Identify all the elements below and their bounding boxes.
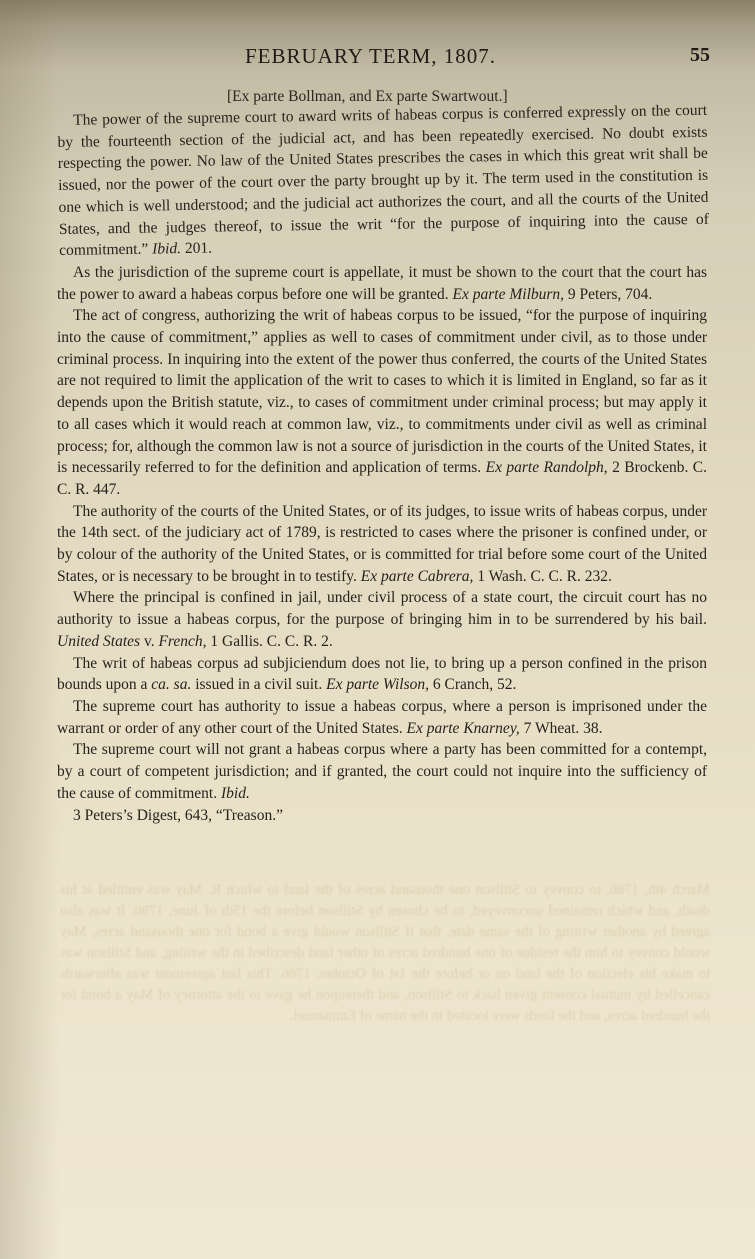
paragraph: As the jurisdiction of the supreme court… xyxy=(57,262,707,305)
page-edge-shadow xyxy=(0,0,60,1259)
citation: United States xyxy=(57,633,140,650)
citation: Ibid. xyxy=(152,240,181,257)
citation: French, xyxy=(158,633,206,650)
citation: Ex parte Randolph, xyxy=(486,459,608,476)
paragraph: The supreme court will not grant a habea… xyxy=(57,739,707,804)
paragraph: Where the principal is confined in jail,… xyxy=(57,587,707,652)
paragraph: The power of the supreme court to award … xyxy=(57,100,709,262)
digest-reference: 3 Peters’s Digest, 643, “Treason.” xyxy=(57,805,707,827)
citation: ca. sa. xyxy=(151,676,191,693)
citation: Ex parte Wilson, xyxy=(326,676,429,693)
citation: Ibid. xyxy=(221,785,250,802)
citation: Ex parte Milburn, xyxy=(453,286,565,303)
paragraph: The writ of habeas corpus ad subjiciendu… xyxy=(57,653,707,696)
bleed-through-text: March 4th, 1786, to convey to Stillson o… xyxy=(60,880,710,1180)
page-number: 55 xyxy=(690,44,710,67)
body-text: The power of the supreme court to award … xyxy=(57,110,707,826)
paragraph: The supreme court has authority to issue… xyxy=(57,696,707,739)
page-header: FEBRUARY TERM, 1807. 55 xyxy=(60,44,710,74)
citation: Ex parte Cabrera, xyxy=(361,568,474,585)
paragraph: The act of congress, authorizing the wri… xyxy=(57,305,707,500)
citation: Ex parte Knarney, xyxy=(407,720,520,737)
running-title: FEBRUARY TERM, 1807. xyxy=(245,44,496,69)
paragraph: The authority of the courts of the Unite… xyxy=(57,501,707,588)
